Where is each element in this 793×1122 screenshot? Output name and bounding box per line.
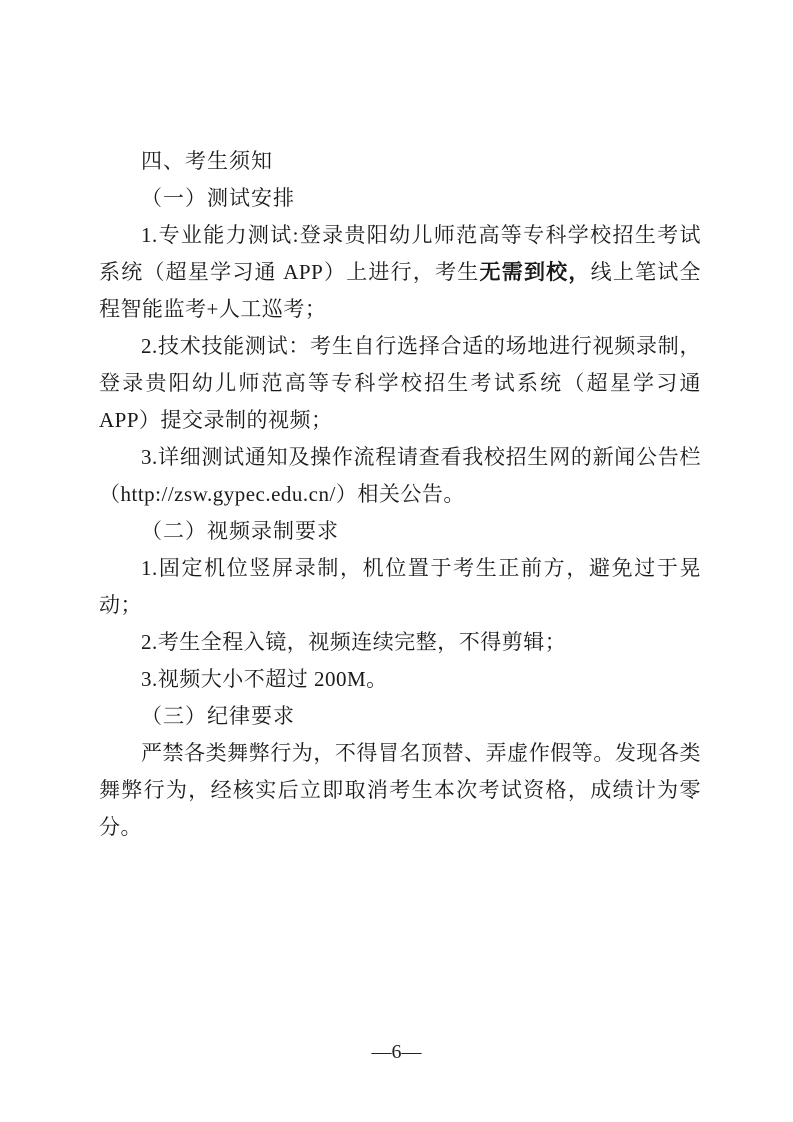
paragraph-professional-ability-test: 1.专业能力测试:登录贵阳幼儿师范高等专科学校招生考试系统（超星学习通 APP）… xyxy=(99,217,701,328)
bold-emphasis-no-need-to-attend: 无需到校， xyxy=(480,260,591,284)
subsection-heading-discipline-requirements: （三）纪律要求 xyxy=(99,698,701,735)
list-item-full-frame: 2.考生全程入镜，视频连续完整，不得剪辑； xyxy=(99,624,701,661)
list-item-video-size: 3.视频大小不超过 200M。 xyxy=(99,661,701,698)
subsection-heading-test-arrangement: （一）测试安排 xyxy=(99,180,701,217)
paragraph-cheating-prohibition: 严禁各类舞弊行为，不得冒名顶替、弄虚作假等。发现各类舞弊行为，经核实后立即取消考… xyxy=(99,735,701,846)
subsection-heading-video-recording-requirements: （二）视频录制要求 xyxy=(99,513,701,550)
list-item-fixed-camera: 1.固定机位竖屏录制，机位置于考生正前方，避免过于晃动； xyxy=(99,550,701,624)
paragraph-notice-announcement: 3.详细测试通知及操作流程请查看我校招生网的新闻公告栏（http://zsw.g… xyxy=(99,439,701,513)
page-number: —6— xyxy=(0,1040,793,1064)
paragraph-technical-skill-test: 2.技术技能测试：考生自行选择合适的场地进行视频录制，登录贵阳幼儿师范高等专科学… xyxy=(99,328,701,439)
section-heading: 四、考生须知 xyxy=(99,143,701,180)
document-body: 四、考生须知 （一）测试安排 1.专业能力测试:登录贵阳幼儿师范高等专科学校招生… xyxy=(99,143,701,846)
document-page: 四、考生须知 （一）测试安排 1.专业能力测试:登录贵阳幼儿师范高等专科学校招生… xyxy=(0,0,793,1122)
